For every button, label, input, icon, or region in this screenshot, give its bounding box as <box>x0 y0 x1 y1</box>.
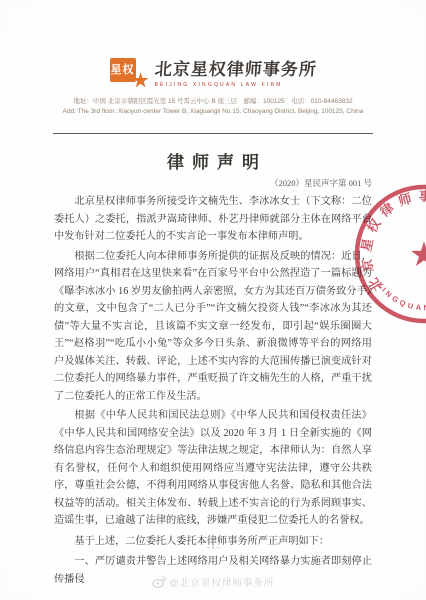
firm-address: 地址：中国 北京市朝阳区霞光里 15 号霄云中心 B 座三层 邮编：100125… <box>0 97 426 117</box>
address-line-chinese: 地址：中国 北京市朝阳区霞光里 15 号霄云中心 B 座三层 邮编：100125… <box>0 97 426 107</box>
address-line-english: Add: The 3rd floor, Xiaoyun center Tower… <box>0 107 426 117</box>
firm-name-english: BEIJING XINGQUAN LAW FIRM <box>155 82 317 88</box>
page-number: - 1 - <box>54 543 372 551</box>
firm-logo-icon: 星权 ★ <box>110 57 148 87</box>
watermark-text: @北京星权律师事务所 <box>169 578 274 589</box>
lawyer-statement-page: 星权 ★ 北京星权律师事务所 BEIJING XINGQUAN LAW FIRM… <box>0 0 426 600</box>
document-number: （2020）星民声字第 001 号 <box>54 177 372 189</box>
firm-names: 北京星权律师事务所 BEIJING XINGQUAN LAW FIRM <box>155 55 317 88</box>
firm-name-chinese: 北京星权律师事务所 <box>154 55 318 80</box>
document-title: 律师声明 <box>0 148 426 173</box>
letterhead: 星权 ★ 北京星权律师事务所 BEIJING XINGQUAN LAW FIRM… <box>0 55 426 117</box>
paragraph-intro: 北京星权律师事务所接受许文楠先生、李冰冰女士（下文称：二位委托人）之委托，指派尹… <box>54 193 372 246</box>
star-icon: ★ <box>132 71 150 91</box>
paragraph-legal-basis: 根据《中华人民共和国民法总则》《中华人民共和国侵权责任法》《中华人民共和国网络安… <box>54 407 372 530</box>
weibo-watermark: @北京星权律师事务所 <box>0 575 426 589</box>
statement-body: 北京星权律师事务所接受许文楠先生、李冰冰女士（下文称：二位委托人）之委托，指派尹… <box>54 193 372 590</box>
paragraph-facts: 根据二位委托人向本律师事务所提供的证据及反映的情况：近日，网络用户“真相君在这里… <box>54 248 372 406</box>
seal-star-icon: ★ <box>409 237 426 274</box>
official-red-seal: 北京星权律师事务所 XINGQUAN LAW FIRM ★ <box>348 178 426 330</box>
header-divider <box>53 133 373 134</box>
firm-brand: 星权 ★ 北京星权律师事务所 BEIJING XINGQUAN LAW FIRM <box>0 55 426 88</box>
weibo-icon <box>152 576 166 588</box>
